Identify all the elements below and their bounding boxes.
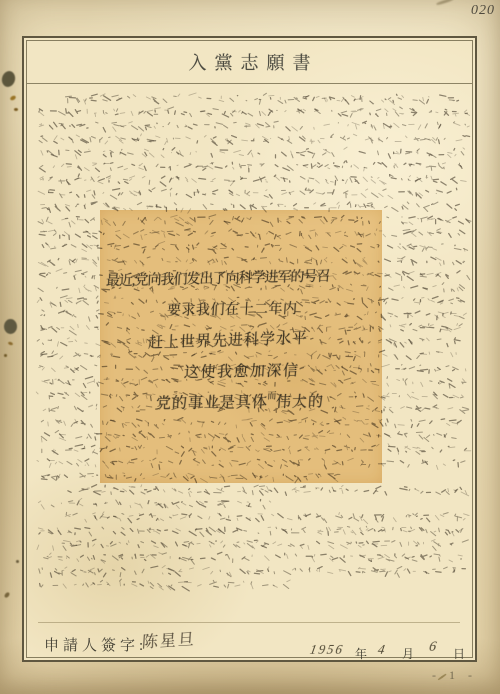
highlight-overlay (100, 210, 382, 483)
archive-number: 020 (471, 3, 495, 19)
scanned-document-page: 入黨志願書 申請人簽字: 陈星旦 1956 年 4 月 6 日 最近,党向我们发… (0, 0, 500, 694)
page-number: - 1 - (432, 668, 477, 683)
